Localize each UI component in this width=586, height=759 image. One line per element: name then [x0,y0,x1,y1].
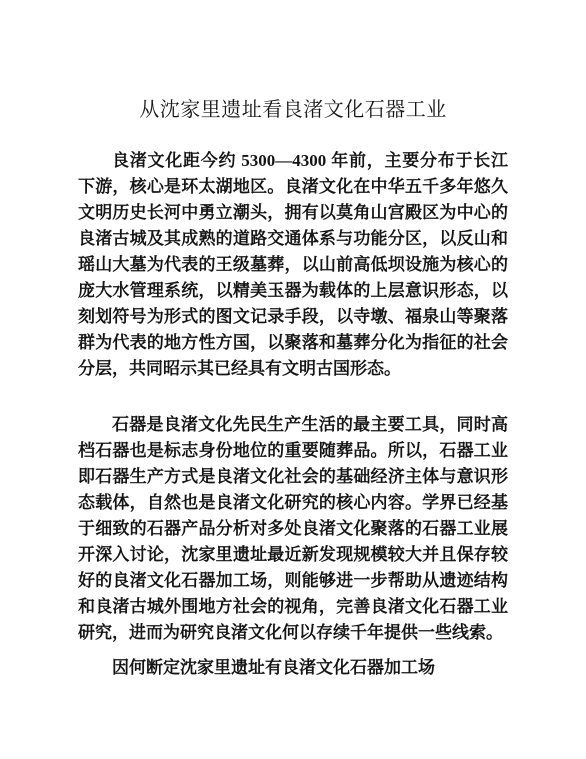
paragraph-stone-industry: 石器是良渚文化先民生产生活的最主要工具，同时高档石器也是标志身份地位的重要随葬品… [78,412,508,646]
document-title: 从沈家里遗址看良渚文化石器工业 [78,97,508,124]
section-heading: 因何断定沈家里遗址有良渚文化石器加工场 [78,655,508,681]
document-page: 从沈家里遗址看良渚文化石器工业 良渚文化距今约 5300—4300 年前，主要分… [0,0,586,759]
document-content: 从沈家里遗址看良渚文化石器工业 良渚文化距今约 5300—4300 年前，主要分… [78,97,508,681]
paragraph-intro: 良渚文化距今约 5300—4300 年前，主要分布于长江下游，核心是环太湖地区。… [78,148,508,382]
